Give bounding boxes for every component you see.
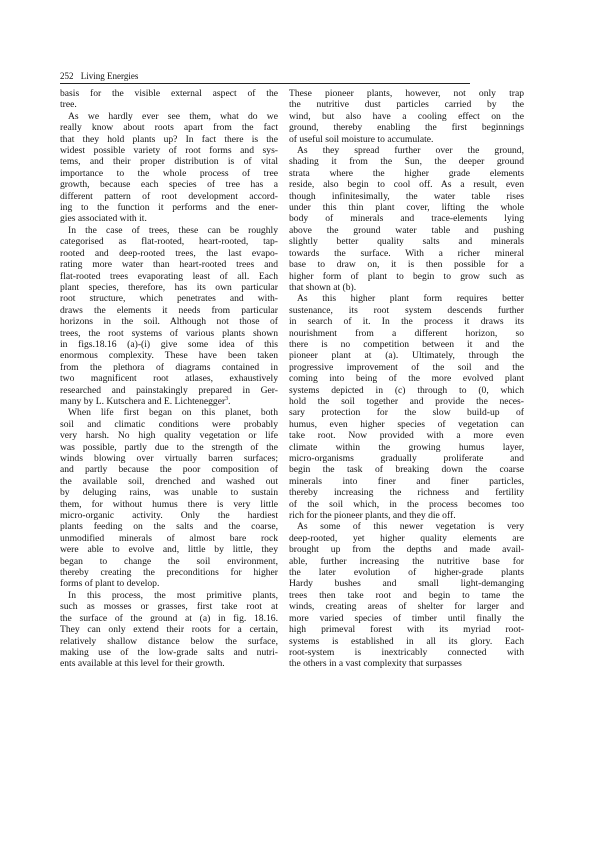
line-text: from the plethora of diagrams contained … (60, 362, 278, 373)
line-text: researched and painstakingly prepared in… (60, 385, 278, 396)
text-line: relatively shallow distance below the su… (60, 636, 278, 647)
text-line: rooted and deep-rooted trees, the last e… (60, 248, 278, 259)
text-line: forms of plant to develop. (60, 578, 278, 589)
line-text: deep-rooted, yet higher quality elements… (289, 533, 524, 544)
text-line: higher form of plant to begin to grow su… (289, 271, 524, 282)
text-line: of the soil which, in the process become… (289, 499, 524, 510)
line-text: gies associated with it. (60, 213, 147, 224)
text-line: climate within the growing humus layer, (289, 442, 524, 453)
text-line: ground, thereby enabling the first begin… (289, 122, 524, 133)
line-text: In this process, the most primitive plan… (68, 590, 278, 601)
line-text: sustenance, its root system descends fur… (289, 305, 524, 316)
line-text: was possible, partly due to the strength… (60, 442, 278, 453)
line-text: many by L. Kutschera and E. Lichtenegger (60, 396, 225, 407)
line-text: sary protection for the slow build-up of (289, 407, 524, 418)
text-line: of useful soil moisture to accumulate. (289, 134, 524, 145)
line-text: more varied species of timber until fina… (289, 613, 524, 624)
text-line: draws the elements it needs from particu… (60, 305, 278, 316)
line-text: pioneer plant at (a). Ultimately, throug… (289, 350, 524, 361)
text-line: wind, but also have a cooling effect on … (289, 111, 524, 122)
line-text: As this higher plant form requires bette… (297, 293, 524, 304)
text-line: systems is established in all its glory.… (289, 636, 524, 647)
line-text: two magnificent root atlases, exhaustive… (60, 373, 278, 384)
text-line: researched and painstakingly prepared in… (60, 385, 278, 396)
text-line: more varied species of timber until fina… (289, 613, 524, 624)
text-line: by deluging rains, was unable to sustain (60, 487, 278, 498)
text-line: in figs.18.16 (a)-(i) give some idea of … (60, 339, 278, 350)
line-text: relatively shallow distance below the su… (60, 636, 278, 647)
text-line: deep-rooted, yet higher quality elements… (289, 533, 524, 544)
text-line: slightly better quality salts and minera… (289, 236, 524, 247)
text-line: in search of it. In the process it draws… (289, 316, 524, 327)
text-line: systems depicted in (c) through to (0, w… (289, 385, 524, 396)
line-text: begin the task of breaking down the coar… (289, 464, 524, 475)
text-line: the surface of the ground at (a) in fig.… (60, 613, 278, 624)
line-text: unmodified minerals of almost bare rock (60, 533, 278, 544)
line-text: systems depicted in (c) through to (0, w… (289, 385, 524, 396)
text-line: winds blowing over virtually barren surf… (60, 453, 278, 464)
text-line: able, further increasing the nutritive b… (289, 556, 524, 567)
line-text: plants feeding on the salts and the coar… (60, 521, 278, 532)
running-header: 252 Living Energies (60, 71, 470, 84)
text-line: pioneer plant at (a). Ultimately, throug… (289, 350, 524, 361)
text-line: that shown at (b). (289, 282, 524, 293)
line-text: wind, but also have a cooling effect on … (289, 111, 524, 122)
text-line: They can only extend their roots for a c… (60, 624, 278, 635)
text-line: As we hardly ever see them, what do we (60, 111, 278, 122)
line-text: minerals into finer and finer particles, (289, 476, 524, 487)
left-text-column: basis for the visible external aspect of… (60, 88, 278, 670)
text-line: two magnificent root atlases, exhaustive… (60, 373, 278, 384)
text-line: the available soil, drenched and washed … (60, 476, 278, 487)
text-line: many by L. Kutschera and E. Lichtenegger… (60, 396, 278, 407)
line-text: humus, even higher species of vegetation… (289, 419, 524, 430)
text-line: ents available at this level for their g… (60, 658, 278, 669)
text-line: trees, the root systems of various plant… (60, 328, 278, 339)
line-text: rooted and deep-rooted trees, the last e… (60, 248, 278, 259)
text-line: thereby creating the preconditions for h… (60, 567, 278, 578)
text-line: importance to the whole process of tree (60, 168, 278, 179)
text-line: micro-organisms gradually proliferate an… (289, 453, 524, 464)
line-text: of the soil which, in the process become… (289, 499, 524, 510)
line-text: really know about roots apart from the f… (60, 122, 278, 133)
line-text: of useful soil moisture to accumulate. (289, 134, 433, 145)
line-text: towards the surface. With a richer miner… (289, 248, 524, 259)
line-text: rich for the pioneer plants, and they di… (289, 510, 456, 521)
line-text: thereby creating the preconditions for h… (60, 567, 278, 578)
line-text: flat-rooted trees evaporating least of a… (60, 271, 278, 282)
line-text: When life first began on this planet, bo… (68, 407, 278, 418)
line-text: In the case of trees, these can be rough… (68, 225, 278, 236)
line-text: They can only extend their roots for a c… (60, 624, 278, 635)
text-line: minerals into finer and finer particles, (289, 476, 524, 487)
line-text: systems is established in all its glory.… (289, 636, 524, 647)
text-line: plants feeding on the salts and the coar… (60, 521, 278, 532)
text-line: shading it from the Sun, the deeper grou… (289, 156, 524, 167)
line-text: strata where the higher grade elements (289, 168, 524, 179)
text-line: body of minerals and trace-elements lyin… (289, 213, 524, 224)
line-text: them, for without humus there is very li… (60, 499, 278, 510)
line-text: shading it from the Sun, the deeper grou… (289, 156, 524, 167)
text-line: the later evolution of higher-grade plan… (289, 567, 524, 578)
page-number: 252 (60, 71, 74, 81)
text-line: really know about roots apart from the f… (60, 122, 278, 133)
text-line: tems, and their proper distribution is o… (60, 156, 278, 167)
line-text: there is no competition between it and t… (289, 339, 524, 350)
line-text: progressive improvement of the soil and … (289, 362, 524, 373)
line-text: in search of it. In the process it draws… (289, 316, 524, 327)
line-text: plant species, therefore, has its own pa… (60, 282, 278, 293)
text-line: reside, also begin to cool off. As a res… (289, 179, 524, 190)
line-text: the nutritive dust particles carried by … (289, 99, 524, 110)
text-line: widest possible variety of root forms an… (60, 145, 278, 156)
text-line: Hardy bushes and small light-demanging (289, 578, 524, 589)
line-text: able, further increasing the nutritive b… (289, 556, 524, 567)
text-line: growth, because each species of tree has… (60, 179, 278, 190)
line-text: in figs.18.16 (a)-(i) give some idea of … (60, 339, 278, 350)
text-line: ing to the function it performs and the … (60, 202, 278, 213)
text-line: thereby increasing the richness and fert… (289, 487, 524, 498)
line-text: Hardy bushes and small light-demanging (289, 578, 524, 589)
text-line: As they spread further over the ground, (289, 145, 524, 156)
line-text: thereby increasing the richness and fert… (289, 487, 524, 498)
line-text: importance to the whole process of tree (60, 168, 278, 179)
text-line: coming into being of the more evolved pl… (289, 373, 524, 384)
line-text: winds, creating areas of shelter for lar… (289, 601, 524, 612)
line-text: micro-organisms gradually proliferate an… (289, 453, 524, 464)
line-text: trees, the root systems of various plant… (60, 328, 278, 339)
line-text: different pattern of root development ac… (60, 191, 278, 202)
text-line: categorised as flat-rooted, heart-rooted… (60, 236, 278, 247)
text-line: making use of the low-grade salts and nu… (60, 647, 278, 658)
line-text: that they hold plants up? In fact there … (60, 134, 278, 145)
text-line: brought up from the depths and made avai… (289, 544, 524, 555)
text-line: micro-organic activity. Only the hardies… (60, 510, 278, 521)
line-text: rating more water than heart-rooted tree… (60, 259, 278, 270)
text-line: basis for the visible external aspect of… (60, 88, 278, 99)
line-text: hold the soil together and provide the n… (289, 396, 524, 407)
line-text: As they spread further over the ground, (297, 145, 524, 156)
text-line: tree. (60, 99, 278, 110)
line-text: brought up from the depths and made avai… (289, 544, 524, 555)
line-text: basis for the visible external aspect of… (60, 88, 278, 99)
text-line: and partly because the poor composition … (60, 464, 278, 475)
line-text: widest possible variety of root forms an… (60, 145, 278, 156)
text-line: root-system is inextricably connected wi… (289, 647, 524, 658)
text-line: When life first began on this planet, bo… (60, 407, 278, 418)
line-text: soil and climatic conditions were probab… (60, 419, 278, 430)
text-line: plant species, therefore, has its own pa… (60, 282, 278, 293)
text-line: horizons in the soil. Although not those… (60, 316, 278, 327)
line-text: categorised as flat-rooted, heart-rooted… (60, 236, 278, 247)
text-line: flat-rooted trees evaporating least of a… (60, 271, 278, 282)
text-line: different pattern of root development ac… (60, 191, 278, 202)
line-text: trees then take root and begin to tame t… (289, 590, 524, 601)
text-line: gies associated with it. (60, 213, 278, 224)
line-text: reside, also begin to cool off. As a res… (289, 179, 524, 190)
line-text: by deluging rains, was unable to sustain (60, 487, 278, 498)
text-line: strata where the higher grade elements (289, 168, 524, 179)
text-line: the nutritive dust particles carried by … (289, 99, 524, 110)
line-text: the later evolution of higher-grade plan… (289, 567, 524, 578)
line-text: These pioneer plants, however, not only … (289, 88, 524, 99)
line-text: though infinitesimally, the water table … (289, 191, 524, 202)
text-line: were able to evolve and, little by littl… (60, 544, 278, 555)
line-text: As some of this newer vegetation is very (297, 521, 524, 532)
text-line: high primeval forest with its myriad roo… (289, 624, 524, 635)
line-text: root structure, which penetrates and wit… (60, 293, 278, 304)
text-line: sary protection for the slow build-up of (289, 407, 524, 418)
text-line: As this higher plant form requires bette… (289, 293, 524, 304)
line-text: forms of plant to develop. (60, 578, 159, 589)
text-line: trees then take root and begin to tame t… (289, 590, 524, 601)
line-text: the surface of the ground at (a) in fig.… (60, 613, 278, 624)
text-line: that they hold plants up? In fact there … (60, 134, 278, 145)
text-line: there is no competition between it and t… (289, 339, 524, 350)
text-line: base to draw on, it is then possible for… (289, 259, 524, 270)
text-line: from the plethora of diagrams contained … (60, 362, 278, 373)
line-text: above the ground water table and pushing (289, 225, 524, 236)
line-text: . (228, 396, 230, 407)
text-line: sustenance, its root system descends fur… (289, 305, 524, 316)
line-text: base to draw on, it is then possible for… (289, 259, 524, 270)
text-line: take root. Now provided with a more even (289, 430, 524, 441)
line-text: take root. Now provided with a more even (289, 430, 524, 441)
text-line: enormous complexity. These have been tak… (60, 350, 278, 361)
line-text: horizons in the soil. Although not those… (60, 316, 278, 327)
text-line: As some of this newer vegetation is very (289, 521, 524, 532)
book-page: 252 Living Energies basis for the visibl… (0, 0, 595, 842)
line-text: growth, because each species of tree has… (60, 179, 278, 190)
right-text-column: These pioneer plants, however, not only … (289, 88, 524, 670)
line-text: high primeval forest with its myriad roo… (289, 624, 524, 635)
line-text: and partly because the poor composition … (60, 464, 278, 475)
text-line: In this process, the most primitive plan… (60, 590, 278, 601)
line-text: As we hardly ever see them, what do we (68, 111, 278, 122)
text-line: nourishment from a different horizon, so (289, 328, 524, 339)
text-line: progressive improvement of the soil and … (289, 362, 524, 373)
line-text: higher form of plant to begin to grow su… (289, 271, 524, 282)
line-text: body of minerals and trace-elements lyin… (289, 213, 524, 224)
text-line: such as mosses or grasses, first take ro… (60, 601, 278, 612)
line-text: nourishment from a different horizon, so (289, 328, 524, 339)
line-text: the available soil, drenched and washed … (60, 476, 278, 487)
text-line: rating more water than heart-rooted tree… (60, 259, 278, 270)
text-line: was possible, partly due to the strength… (60, 442, 278, 453)
text-line: root structure, which penetrates and wit… (60, 293, 278, 304)
text-line: In the case of trees, these can be rough… (60, 225, 278, 236)
text-line: These pioneer plants, however, not only … (289, 88, 524, 99)
line-text: root-system is inextricably connected wi… (289, 647, 524, 658)
line-text: began to change the soil environment, (60, 556, 278, 567)
line-text: very harsh. No high quality vegetation o… (60, 430, 278, 441)
line-text: such as mosses or grasses, first take ro… (60, 601, 278, 612)
text-line: began to change the soil environment, (60, 556, 278, 567)
line-text: under this thin plant cover, lifting the… (289, 202, 524, 213)
line-text: slightly better quality salts and minera… (289, 236, 524, 247)
text-line: the others in a vast complexity that sur… (289, 658, 524, 669)
text-line: humus, even higher species of vegetation… (289, 419, 524, 430)
text-line: soil and climatic conditions were probab… (60, 419, 278, 430)
line-text: ents available at this level for their g… (60, 658, 225, 669)
line-text: climate within the growing humus layer, (289, 442, 524, 453)
line-text: ground, thereby enabling the first begin… (289, 122, 524, 133)
text-line: unmodified minerals of almost bare rock (60, 533, 278, 544)
text-line: winds, creating areas of shelter for lar… (289, 601, 524, 612)
running-title: Living Energies (81, 71, 139, 81)
line-text: that shown at (b). (289, 282, 356, 293)
line-text: enormous complexity. These have been tak… (60, 350, 278, 361)
text-line: begin the task of breaking down the coar… (289, 464, 524, 475)
line-text: winds blowing over virtually barren surf… (60, 453, 278, 464)
text-line: hold the soil together and provide the n… (289, 396, 524, 407)
line-text: the others in a vast complexity that sur… (289, 658, 462, 669)
line-text: coming into being of the more evolved pl… (289, 373, 524, 384)
line-text: micro-organic activity. Only the hardies… (60, 510, 278, 521)
line-text: tems, and their proper distribution is o… (60, 156, 278, 167)
line-text: tree. (60, 99, 77, 110)
text-line: very harsh. No high quality vegetation o… (60, 430, 278, 441)
line-text: making use of the low-grade salts and nu… (60, 647, 278, 658)
text-line: rich for the pioneer plants, and they di… (289, 510, 524, 521)
text-line: above the ground water table and pushing (289, 225, 524, 236)
line-text: draws the elements it needs from particu… (60, 305, 278, 316)
text-line: towards the surface. With a richer miner… (289, 248, 524, 259)
line-text: were able to evolve and, little by littl… (60, 544, 278, 555)
line-text: ing to the function it performs and the … (60, 202, 278, 213)
text-line: under this thin plant cover, lifting the… (289, 202, 524, 213)
text-line: though infinitesimally, the water table … (289, 191, 524, 202)
text-line: them, for without humus there is very li… (60, 499, 278, 510)
